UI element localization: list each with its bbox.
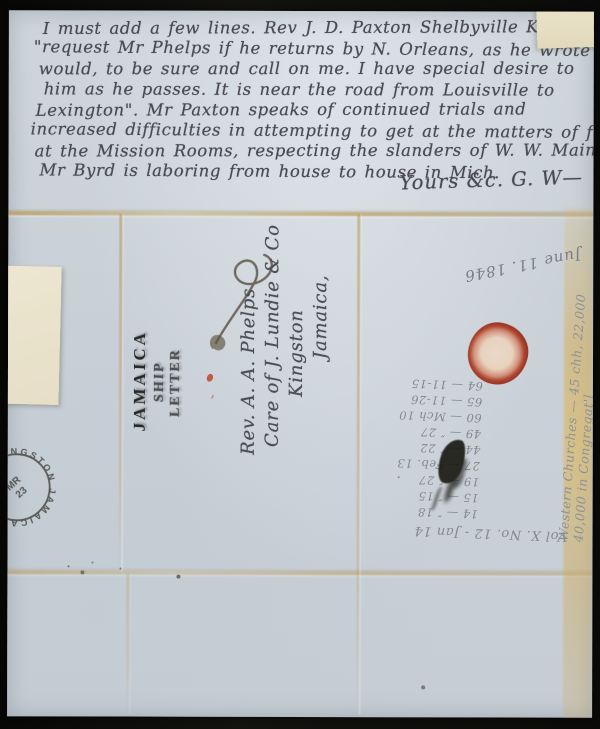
pencil-issue-index: 64 — 11-15 65 — 11-26 60 — Mch 10 49 — ″… <box>398 375 575 561</box>
vertical-fold-crease <box>126 574 129 714</box>
rate-mark-blob <box>210 335 225 351</box>
dirt-specks <box>67 565 69 567</box>
docket-date-note: June 11. 1846 <box>440 245 583 289</box>
pencil-index-entry: 64 — 11-15 <box>405 375 484 394</box>
paper-patch-corner <box>536 10 594 48</box>
pencil-index-entry: 49 — ″ 27 <box>403 423 482 442</box>
letter-signature: Yours &c. G. W— <box>400 166 584 195</box>
address-line: Jamaica, <box>309 215 333 359</box>
address-line: Rev. A. A. Phelps <box>237 215 262 455</box>
letter-line: "request Mr Phelps if he returns by N. O… <box>34 37 582 61</box>
letter-sheet: I must add a few lines. Rev J. D. Paxton… <box>7 10 594 718</box>
letter-line: I must add a few lines. Rev J. D. Paxton… <box>43 17 582 39</box>
handstamp-line2: SHIP LETTER <box>152 326 184 438</box>
vertical-fold-crease <box>118 214 122 572</box>
handstamp-line1: JAMAICA <box>130 325 150 436</box>
pencil-index-entry: 65 — 11-26 <box>404 391 483 410</box>
horizontal-fold-crease <box>7 570 592 576</box>
kingston-postmark: KINGSTON JAMAICA MR 23 <box>7 442 62 532</box>
address-panel: Rev. A. A. Phelps Care of J. Lundie & Co… <box>237 215 338 455</box>
letter-line: him as he passes. It is near the road fr… <box>44 79 582 101</box>
pencil-volume-line: Vol X. No. 12 - Jan 14 <box>399 519 568 545</box>
red-wax-speck <box>206 373 214 383</box>
pencil-index-entry: 60 — Mch 10 <box>403 407 482 426</box>
address-line: Care of J. Lundie & Co <box>261 215 286 447</box>
letter-body: I must add a few lines. Rev J. D. Paxton… <box>30 17 581 182</box>
letter-line: increased difficulties in attempting to … <box>31 119 582 143</box>
pencil-index-entry: 14 — ″ 18 <box>400 503 479 522</box>
letter-line: at the Mission Rooms, respecting the sla… <box>35 141 582 162</box>
paper-patch <box>7 266 62 405</box>
letter-line: Lexington". Mr Paxton speaks of continue… <box>36 99 582 121</box>
letter-line: would, to be sure and call on me. I have… <box>39 59 582 80</box>
vertical-fold-crease <box>356 214 360 714</box>
pencil-index-entry: 15 — ″ 15 <box>400 487 479 506</box>
ship-letter-handstamp: JAMAICA SHIP LETTER <box>130 325 184 438</box>
address-line: Kingston <box>285 215 309 397</box>
